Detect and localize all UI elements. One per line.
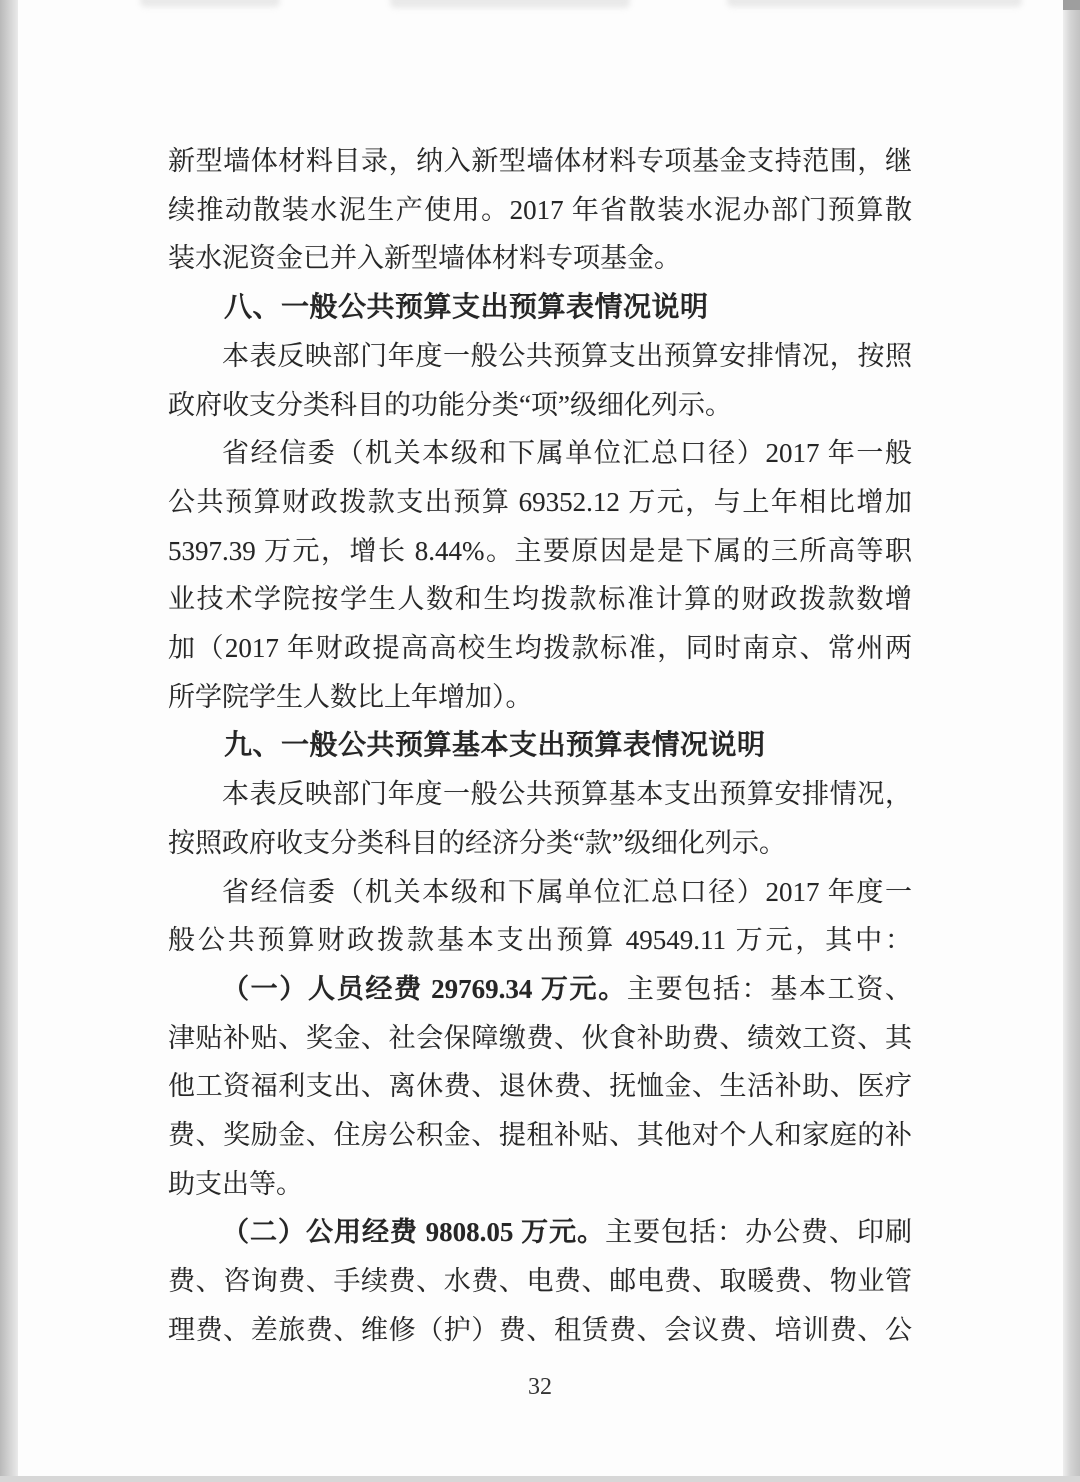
item-1-rest: 主要包括：基本工资、 [627, 974, 912, 1004]
body-line: 政府收支分类科目的功能分类“项”级细化列示。 [168, 381, 912, 430]
item-2-line: （二）公用经费 9808.05 万元。主要包括：办公费、印刷 [168, 1208, 912, 1257]
scan-edge-bottom [0, 1476, 1080, 1482]
body-line: 费、咨询费、手续费、水费、电费、邮电费、取暖费、物业管 [168, 1257, 912, 1306]
body-line: 助支出等。 [168, 1160, 912, 1209]
body-line: 本表反映部门年度一般公共预算基本支出预算安排情况， [168, 770, 912, 819]
item-1-lead: （一）人员经费 29769.34 万元。 [222, 974, 627, 1004]
item-2-lead: （二）公用经费 9808.05 万元。 [222, 1217, 605, 1247]
item-2-rest: 主要包括：办公费、印刷 [605, 1217, 912, 1247]
scan-smudge [140, 0, 280, 7]
body-line: 新型墙体材料目录，纳入新型墙体材料专项基金支持范围，继 [168, 137, 912, 186]
body-line: 加（2017 年财政提高高校生均拨款标准，同时南京、常州两 [168, 624, 912, 673]
body-line: 他工资福利支出、离休费、退休费、抚恤金、生活补助、医疗 [168, 1062, 912, 1111]
body-line: 5397.39 万元，增长 8.44%。主要原因是是下属的三所高等职 [168, 527, 912, 576]
scan-smudge [727, 0, 1022, 7]
page-number: 32 [168, 1374, 912, 1401]
scan-edge-left [0, 0, 18, 1482]
document-body: 新型墙体材料目录，纳入新型墙体材料专项基金支持范围，继 续推动散装水泥生产使用。… [168, 137, 912, 1355]
body-line: 所学院学生人数比上年增加）。 [168, 673, 912, 722]
body-line: 装水泥资金已并入新型墙体材料专项基金。 [168, 234, 912, 283]
body-line: 省经信委（机关本级和下属单位汇总口径）2017 年度一 [168, 868, 912, 917]
body-line: 费、奖励金、住房公积金、提租补贴、其他对个人和家庭的补 [168, 1111, 912, 1160]
body-line: 公共预算财政拨款支出预算 69352.12 万元，与上年相比增加 [168, 478, 912, 527]
document-page: 新型墙体材料目录，纳入新型墙体材料专项基金支持范围，继 续推动散装水泥生产使用。… [0, 0, 1080, 1482]
body-line: 津贴补贴、奖金、社会保障缴费、伙食补助费、绩效工资、其 [168, 1014, 912, 1063]
body-line: 按照政府收支分类科目的经济分类“款”级细化列示。 [168, 819, 912, 868]
section-9-heading: 九、一般公共预算基本支出预算表情况说明 [168, 721, 912, 770]
body-line: 本表反映部门年度一般公共预算支出预算安排情况，按照 [168, 332, 912, 381]
item-1-line: （一）人员经费 29769.34 万元。主要包括：基本工资、 [168, 965, 912, 1014]
body-line: 业技术学院按学生人数和生均拨款标准计算的财政拨款数增 [168, 575, 912, 624]
section-8-heading: 八、一般公共预算支出预算表情况说明 [168, 283, 912, 332]
scan-edge-right [1063, 0, 1080, 1482]
body-line: 般公共预算财政拨款基本支出预算 49549.11 万元，其中： [168, 916, 912, 965]
body-line: 省经信委（机关本级和下属单位汇总口径）2017 年一般 [168, 429, 912, 478]
body-line: 理费、差旅费、维修（护）费、租赁费、会议费、培训费、公 [168, 1306, 912, 1355]
body-line: 续推动散装水泥生产使用。2017 年省散装水泥办部门预算散 [168, 186, 912, 235]
scan-smudge [390, 0, 630, 8]
